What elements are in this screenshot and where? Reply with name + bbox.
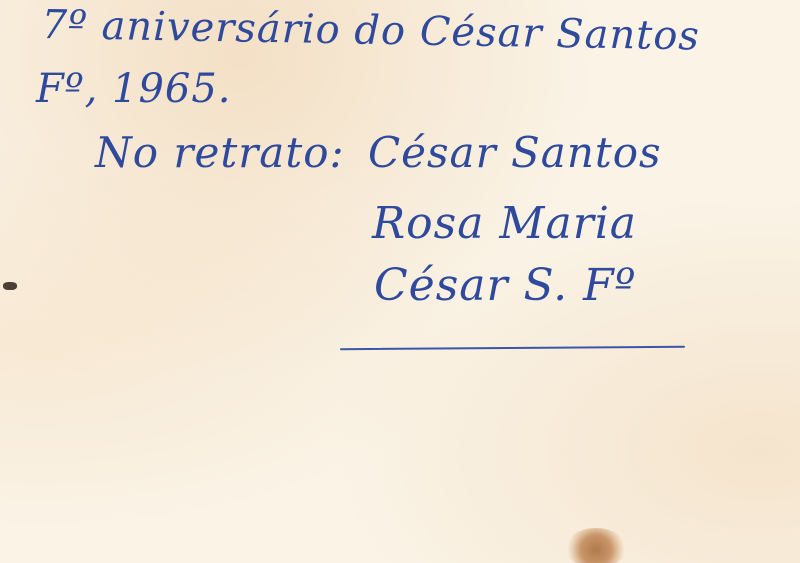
ink-underline — [340, 346, 685, 350]
paper-speck — [3, 282, 17, 290]
name-2: Rosa Maria — [372, 198, 637, 249]
name-3: César S. Fº — [374, 260, 636, 311]
note-line-2: Fº, 1965. — [36, 66, 232, 112]
caption-label: No retrato: — [95, 128, 345, 177]
name-1: César Santos — [368, 128, 662, 177]
note-line-1: 7º aniversário do César Santos — [41, 2, 700, 59]
paper-stain — [565, 528, 627, 563]
